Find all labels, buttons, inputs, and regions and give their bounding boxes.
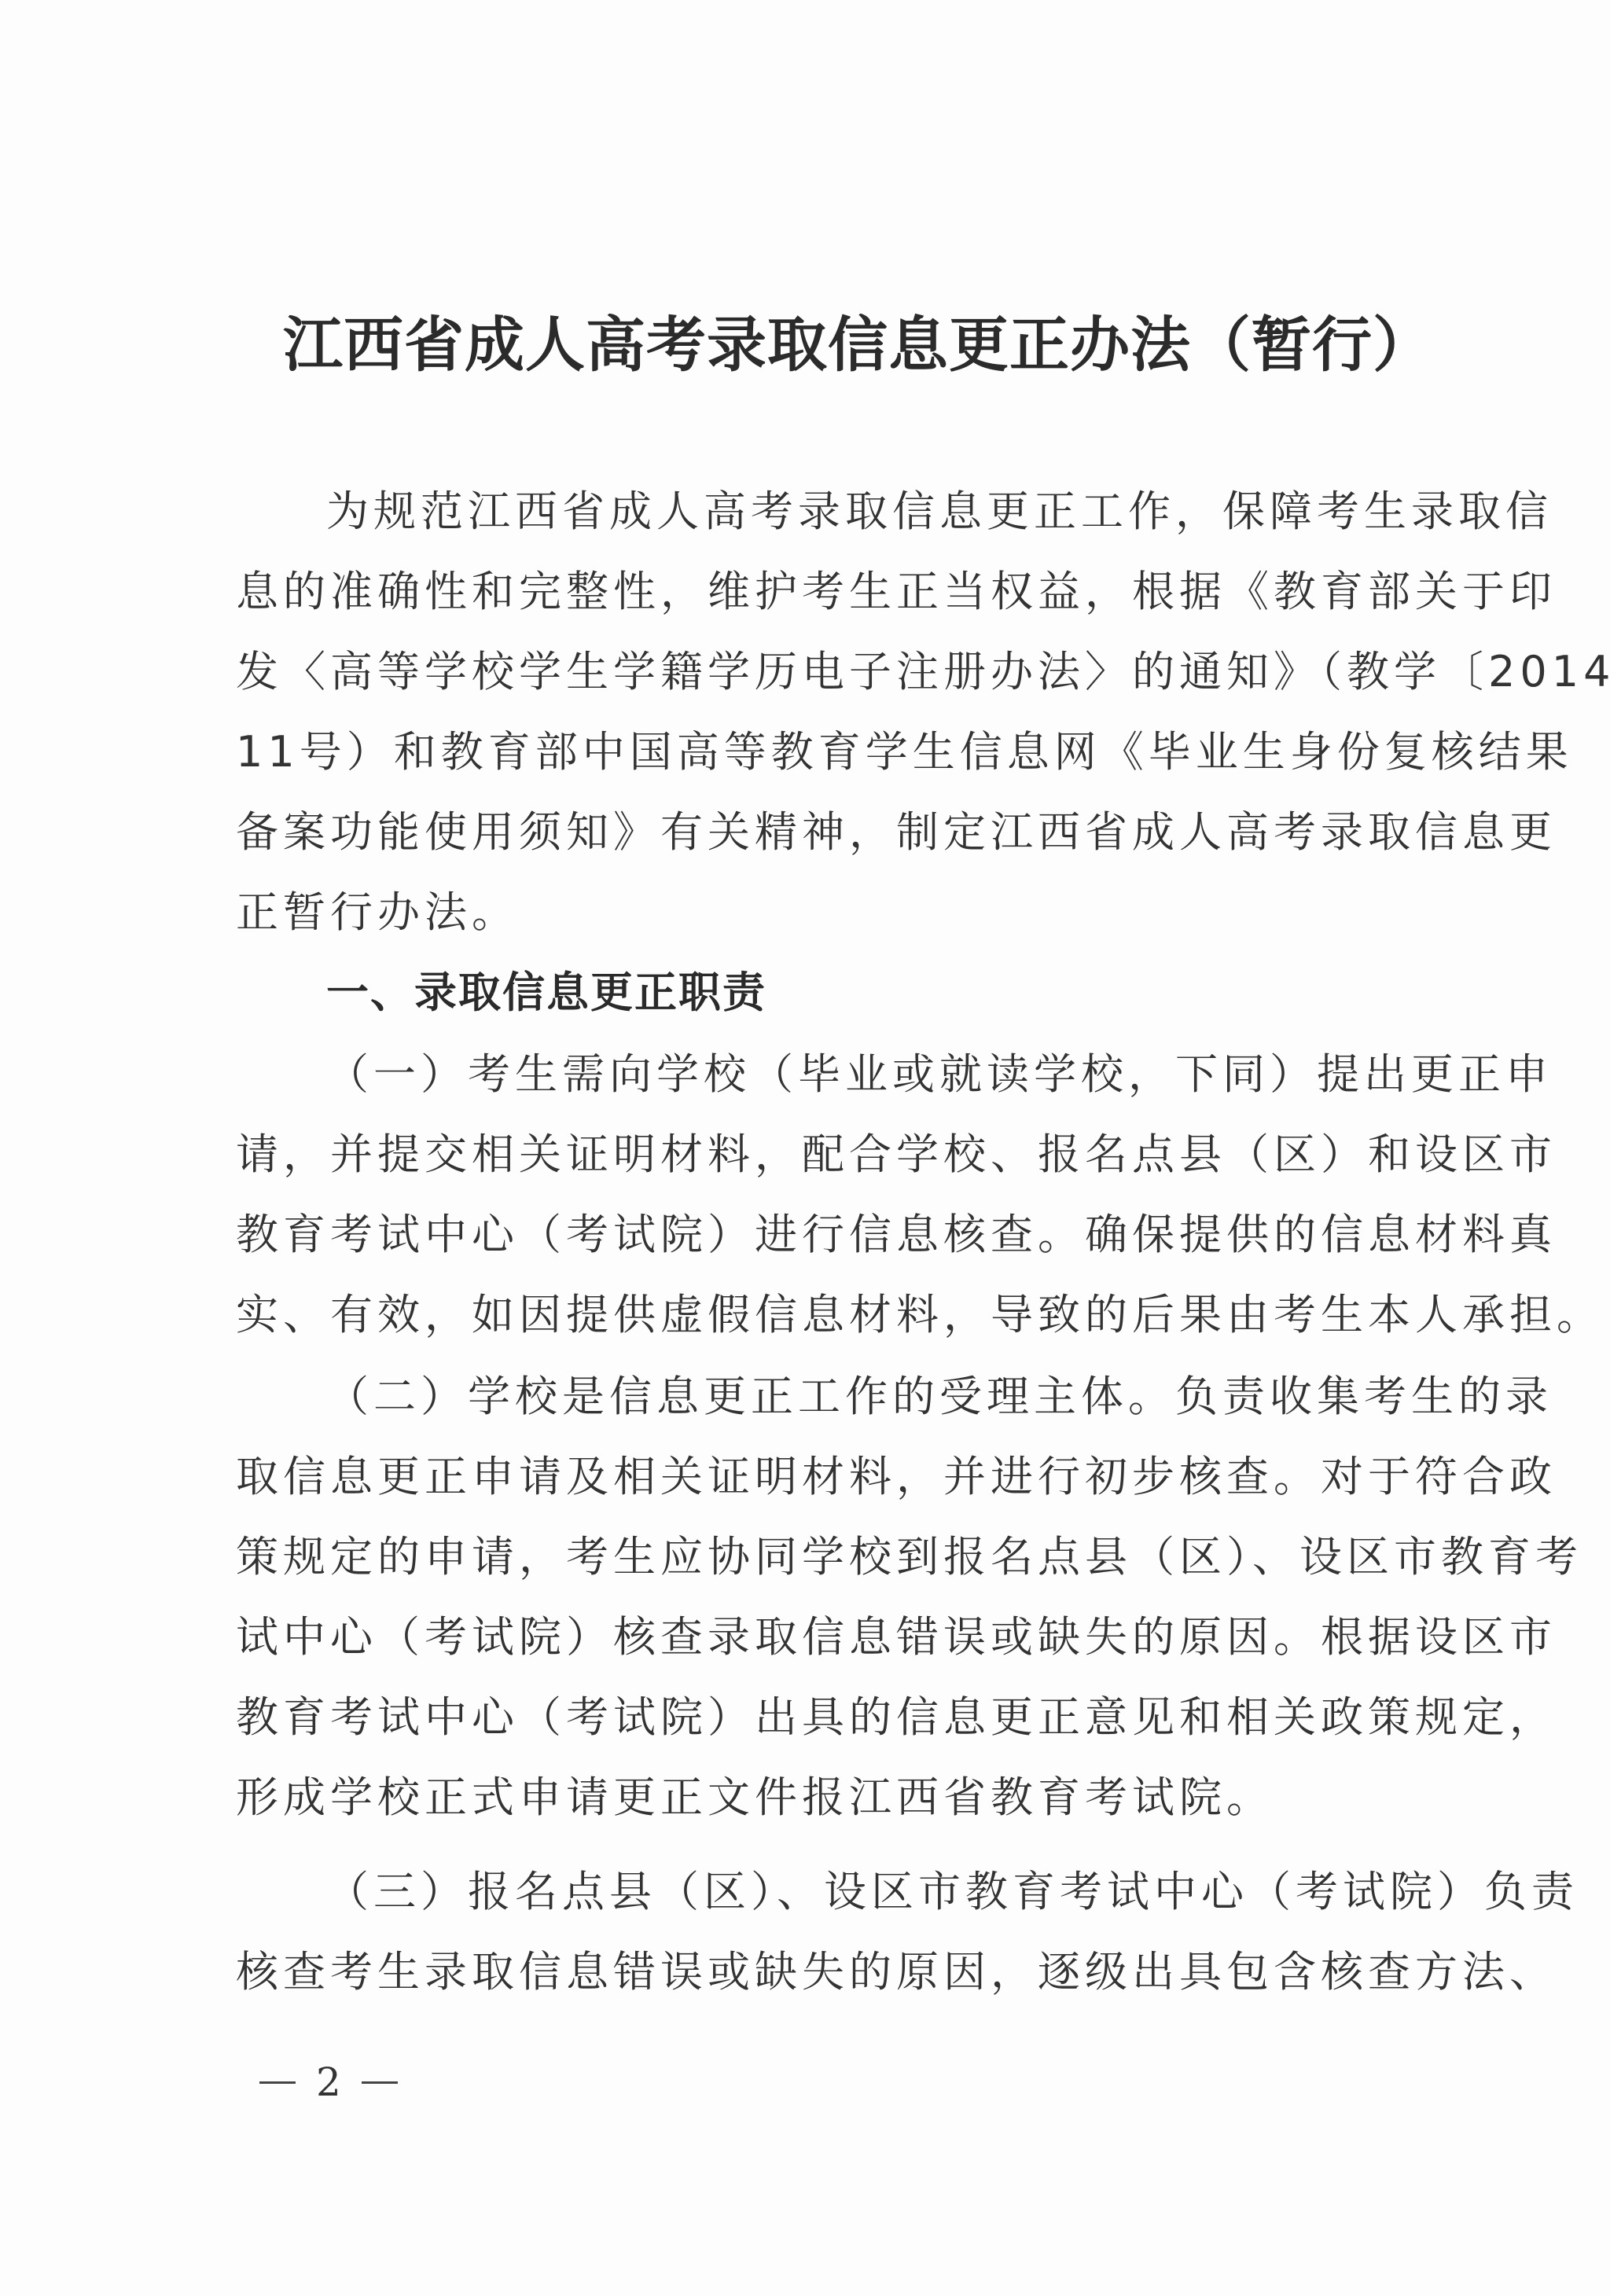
dash-left — [259, 2081, 296, 2084]
item1-line: 请，并提交相关证明材料，配合学校、报名点县（区）和设区市 — [236, 1121, 1494, 1181]
item1-line: 教育考试中心（考试院）进行信息核查。确保提供的信息材料真 — [236, 1201, 1494, 1262]
intro-line: 为规范江西省成人高考录取信息更正工作，保障考生录取信 — [326, 478, 1494, 538]
item2-line: 教育考试中心（考试院）出具的信息更正意见和相关政策规定， — [236, 1684, 1494, 1744]
item1-line: （一）考生需向学校（毕业或就读学校，下同）提出更正申 — [326, 1041, 1494, 1101]
document-title: 江西省成人高考录取信息更正办法（暂行） — [283, 297, 1462, 383]
intro-line: 息的准确性和完整性，维护考生正当权益，根据《教育部关于印 — [236, 558, 1494, 619]
intro-line: 正暂行办法。 — [236, 879, 1494, 939]
item1-line: 实、有效，如因提供虚假信息材料，导致的后果由考生本人承担。 — [236, 1281, 1494, 1342]
document-page: 江西省成人高考录取信息更正办法（暂行） 为规范江西省成人高考录取信息更正工作，保… — [0, 0, 1610, 2296]
intro-line: 发〈高等学校学生学籍学历电子注册办法〉的通知》（教学〔2014〕 — [236, 638, 1494, 699]
item2-line: 取信息更正申请及相关证明材料，并进行初步核查。对于符合政 — [236, 1443, 1494, 1504]
intro-line: 11号）和教育部中国高等教育学生信息网《毕业生身份复核结果 — [236, 718, 1494, 779]
item3-line: 核查考生录取信息错误或缺失的原因，逐级出具包含核查方法、 — [236, 1938, 1494, 1999]
item2-line: 形成学校正式申请更正文件报江西省教育考试院。 — [236, 1764, 1494, 1824]
page-number: 2 — [259, 2059, 398, 2105]
item3-line: （三）报名点县（区）、设区市教育考试中心（考试院）负责 — [326, 1858, 1494, 1919]
section-heading: 一、录取信息更正职责 — [326, 959, 766, 1019]
intro-line: 备案功能使用须知》有关精神，制定江西省成人高考录取信息更 — [236, 799, 1494, 859]
dash-right — [362, 2081, 398, 2084]
item2-line: 试中心（考试院）核查录取信息错误或缺失的原因。根据设区市 — [236, 1604, 1494, 1664]
item2-line: （二）学校是信息更正工作的受理主体。负责收集考生的录 — [326, 1363, 1494, 1424]
page-number-value: 2 — [316, 2059, 341, 2105]
item2-line: 策规定的申请，考生应协同学校到报名点县（区）、设区市教育考 — [236, 1523, 1494, 1584]
